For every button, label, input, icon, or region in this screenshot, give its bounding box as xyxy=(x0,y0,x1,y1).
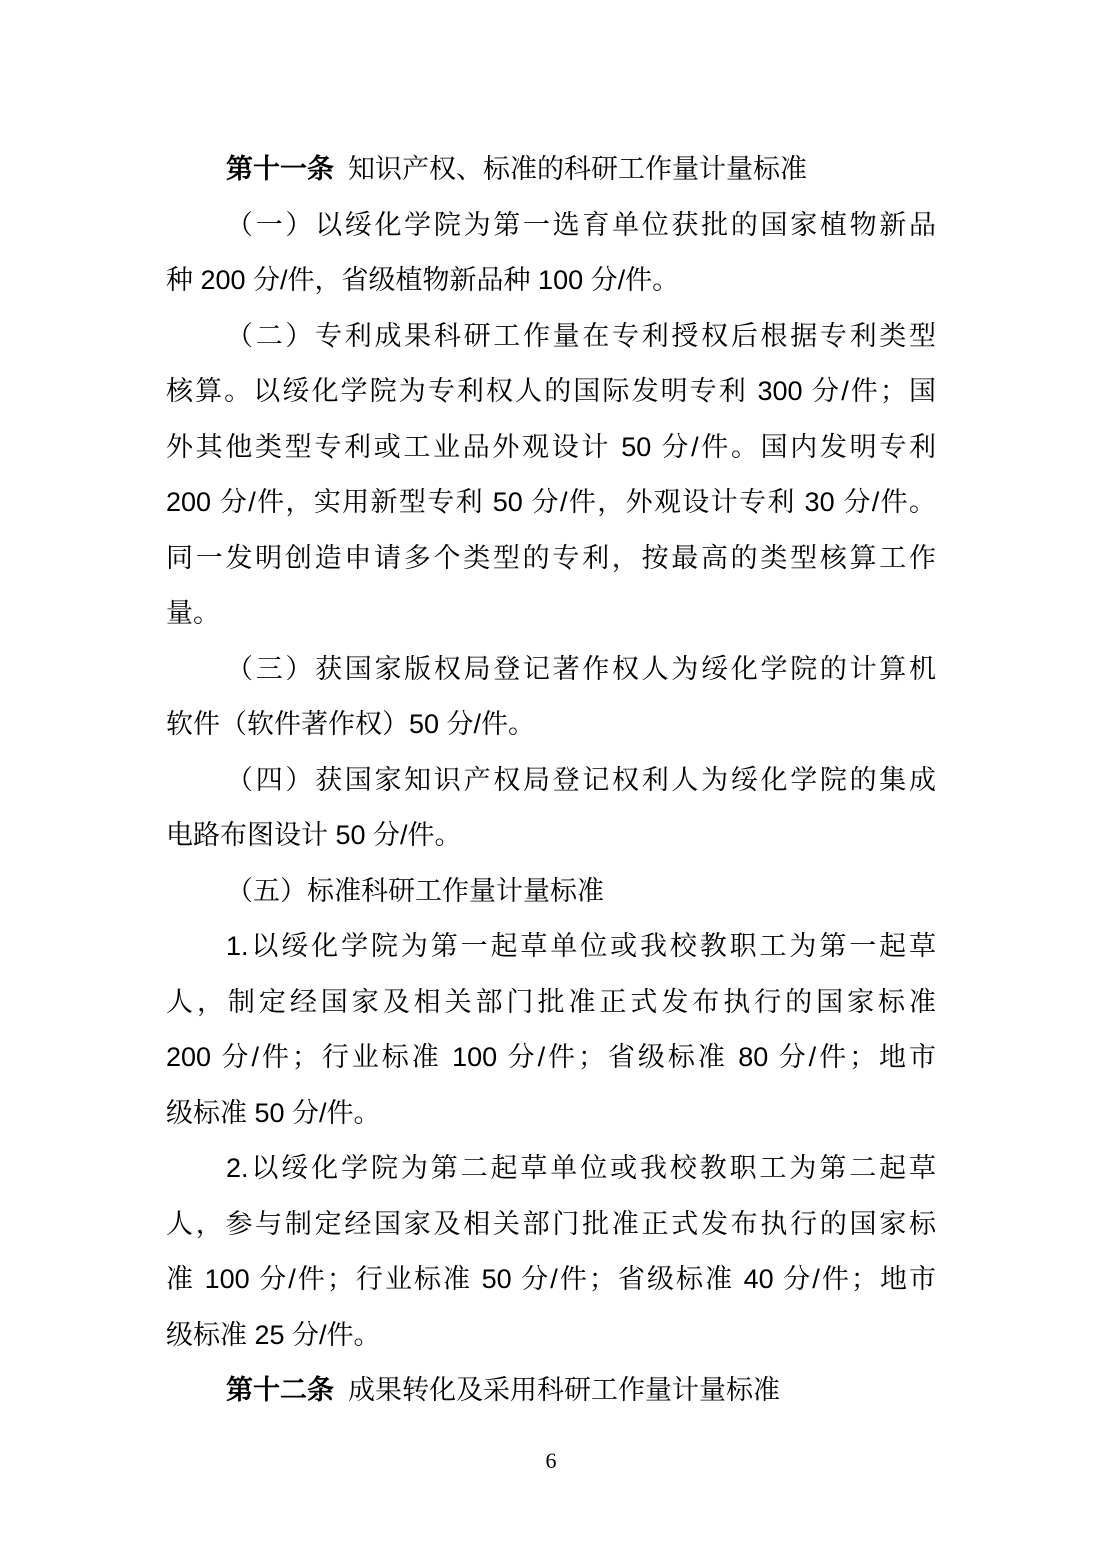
text-line: 同一发明创造申请多个类型的专利，按最高的类型核算工作 xyxy=(166,531,936,587)
text-line: （五）标准科研工作量计量标准 xyxy=(166,864,936,920)
article-title: 知识产权、标准的科研工作量计量标准 xyxy=(348,154,807,184)
paragraph-item-2: （二）专利成果科研工作量在专利授权后根据专利类型 核算。以绥化学院为专利权人的国… xyxy=(166,309,936,642)
paragraph-item-5-2: 2.以绥化学院为第二起草单位或我校教职工为第二起草 人，参与制定经国家及相关部门… xyxy=(166,1141,936,1363)
text-line: 电路布图设计 50 分/件。 xyxy=(166,808,936,864)
text-line: 200 分/件；行业标准 100 分/件；省级标准 80 分/件；地市 xyxy=(166,1030,936,1086)
paragraph-item-5-1: 1.以绥化学院为第一起草单位或我校教职工为第一起草 人，制定经国家及相关部门批准… xyxy=(166,919,936,1141)
article-title: 成果转化及采用科研工作量计量标准 xyxy=(348,1375,780,1405)
text-line: 准 100 分/件；行业标准 50 分/件；省级标准 40 分/件；地市 xyxy=(166,1252,936,1308)
paragraph-item-5: （五）标准科研工作量计量标准 xyxy=(166,864,936,920)
text-line: 2.以绥化学院为第二起草单位或我校教职工为第二起草 xyxy=(166,1141,936,1197)
paragraph-item-4: （四）获国家知识产权局登记权利人为绥化学院的集成 电路布图设计 50 分/件。 xyxy=(166,753,936,864)
text-line: 核算。以绥化学院为专利权人的国际发明专利 300 分/件；国 xyxy=(166,364,936,420)
paragraph-item-1: （一）以绥化学院为第一选育单位获批的国家植物新品 种 200 分/件，省级植物新… xyxy=(166,198,936,309)
text-line: （一）以绥化学院为第一选育单位获批的国家植物新品 xyxy=(166,198,936,254)
text-line: 人，制定经国家及相关部门批准正式发布执行的国家标准 xyxy=(166,975,936,1031)
text-line: 人，参与制定经国家及相关部门批准正式发布执行的国家标 xyxy=(166,1197,936,1253)
article-12-heading: 第十二条成果转化及采用科研工作量计量标准 xyxy=(166,1363,936,1419)
text-line: （二）专利成果科研工作量在专利授权后根据专利类型 xyxy=(166,309,936,365)
article-number: 第十一条 xyxy=(226,154,334,184)
document-page: 第十一条知识产权、标准的科研工作量计量标准 （一）以绥化学院为第一选育单位获批的… xyxy=(0,0,1102,1559)
text-line: 种 200 分/件，省级植物新品种 100 分/件。 xyxy=(166,253,936,309)
article-11-heading: 第十一条知识产权、标准的科研工作量计量标准 xyxy=(166,142,936,198)
text-line: （三）获国家版权局登记著作权人为绥化学院的计算机 xyxy=(166,642,936,698)
article-number: 第十二条 xyxy=(226,1375,334,1405)
text-line: 200 分/件，实用新型专利 50 分/件，外观设计专利 30 分/件。 xyxy=(166,475,936,531)
page-number: 6 xyxy=(0,1448,1102,1474)
paragraph-item-3: （三）获国家版权局登记著作权人为绥化学院的计算机 软件（软件著作权）50 分/件… xyxy=(166,642,936,753)
text-line: 软件（软件著作权）50 分/件。 xyxy=(166,697,936,753)
document-body: 第十一条知识产权、标准的科研工作量计量标准 （一）以绥化学院为第一选育单位获批的… xyxy=(166,142,936,1419)
text-line: 级标准 25 分/件。 xyxy=(166,1308,936,1364)
text-line: （四）获国家知识产权局登记权利人为绥化学院的集成 xyxy=(166,753,936,809)
text-line: 1.以绥化学院为第一起草单位或我校教职工为第一起草 xyxy=(166,919,936,975)
text-line: 外其他类型专利或工业品外观设计 50 分/件。国内发明专利 xyxy=(166,420,936,476)
text-line: 量。 xyxy=(166,586,936,642)
text-line: 级标准 50 分/件。 xyxy=(166,1086,936,1142)
